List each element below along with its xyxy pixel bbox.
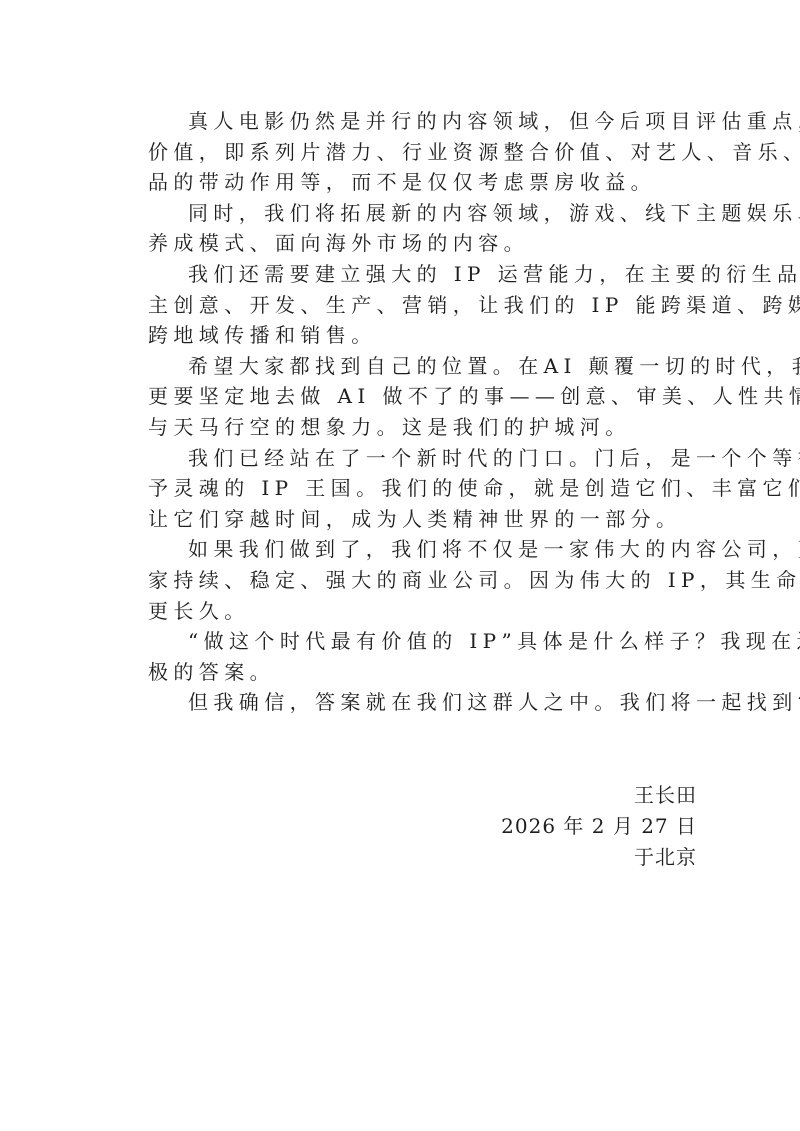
signature-place: 于北京: [501, 842, 697, 873]
signature-name: 王长田: [501, 780, 697, 811]
text-line: 同时，我们将拓展新的内容领域，游戏、线下主题娱乐、新的艺人: [107, 198, 697, 229]
paragraph-ai-era: 希望大家都找到自己的位置。在AI 颠覆一切的时代，我们要拥抱 AI， 更要坚定地…: [107, 351, 697, 443]
signature-date: 2026 年 2 月 27 日: [501, 811, 697, 842]
text-line: 价值，即系列片潜力、行业资源整合价值、对艺人、音乐、版权、衍生: [107, 137, 697, 168]
text-line: 但我确信，答案就在我们这群人之中。我们将一起找到它。: [107, 687, 697, 718]
text-line: 我们已经站在了一个新时代的门口。门后，是一个个等待被我们赋: [107, 443, 697, 474]
paragraph-conclusion: 但我确信，答案就在我们这群人之中。我们将一起找到它。: [107, 687, 697, 718]
letter-body: 真人电影仍然是并行的内容领域，但今后项目评估重点，将转向 IP 价值，即系列片潜…: [107, 106, 697, 718]
text-line: 予灵魂的 IP 王国。我们的使命，就是创造它们、丰富它们、守护它们，: [107, 473, 697, 504]
text-line: 我们还需要建立强大的 IP 运营能力，在主要的衍生品领域，实现自: [107, 259, 697, 290]
text-line: 家持续、稳定、强大的商业公司。因为伟大的 IP，其生命甚至会比公司: [107, 565, 697, 596]
text-line: 希望大家都找到自己的位置。在AI 颠覆一切的时代，我们要拥抱 AI，: [107, 351, 697, 382]
text-line: 如果我们做到了，我们将不仅是一家伟大的内容公司，更将成为一: [107, 534, 697, 565]
text-line: 真人电影仍然是并行的内容领域，但今后项目评估重点，将转向 IP: [107, 106, 697, 137]
text-line: 更长久。: [107, 596, 697, 627]
text-line: 更要坚定地去做 AI 做不了的事——创意、审美、人性共情、价值判断: [107, 381, 697, 412]
text-line: 极的答案。: [107, 657, 697, 688]
text-line: 跨地域传播和销售。: [107, 320, 697, 351]
paragraph-ip-value: 真人电影仍然是并行的内容领域，但今后项目评估重点，将转向 IP 价值，即系列片潜…: [107, 106, 697, 198]
text-line: 让它们穿越时间，成为人类精神世界的一部分。: [107, 504, 697, 535]
paragraph-new-era: 我们已经站在了一个新时代的门口。门后，是一个个等待被我们赋 予灵魂的 IP 王国…: [107, 443, 697, 535]
signature-block: 王长田 2026 年 2 月 27 日 于北京: [501, 780, 697, 873]
text-line: 品的带动作用等，而不是仅仅考虑票房收益。: [107, 167, 697, 198]
text-line: “做这个时代最有价值的 IP”具体是什么样子？我现在还不知道终: [107, 626, 697, 657]
paragraph-most-valuable-ip: “做这个时代最有价值的 IP”具体是什么样子？我现在还不知道终 极的答案。: [107, 626, 697, 687]
paragraph-great-company: 如果我们做到了，我们将不仅是一家伟大的内容公司，更将成为一 家持续、稳定、强大的…: [107, 534, 697, 626]
text-line: 与天马行空的想象力。这是我们的护城河。: [107, 412, 697, 443]
paragraph-new-content-areas: 同时，我们将拓展新的内容领域，游戏、线下主题娱乐、新的艺人 养成模式、面向海外市…: [107, 198, 697, 259]
text-line: 主创意、开发、生产、营销，让我们的 IP 能跨渠道、跨媒体、跨品类、: [107, 290, 697, 321]
text-line: 养成模式、面向海外市场的内容。: [107, 228, 697, 259]
paragraph-ip-operations: 我们还需要建立强大的 IP 运营能力，在主要的衍生品领域，实现自 主创意、开发、…: [107, 259, 697, 351]
